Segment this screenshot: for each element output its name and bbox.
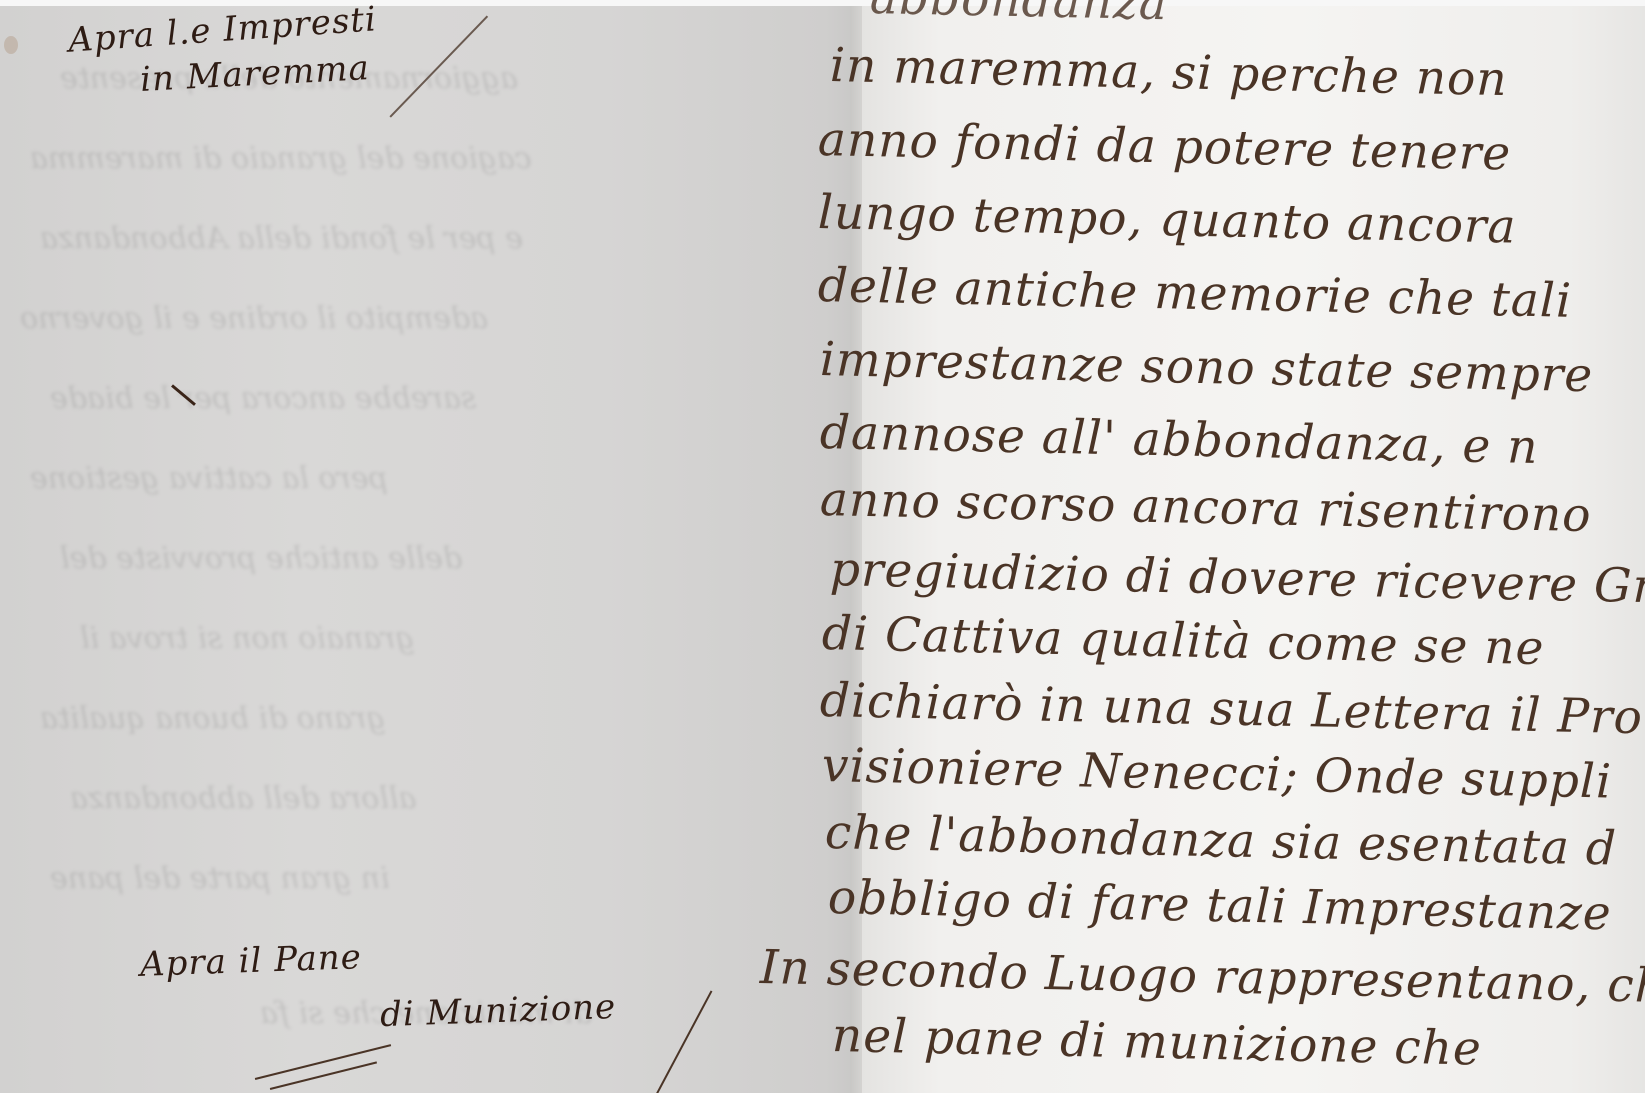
margin-note-bottom-line2: di Munizione	[379, 987, 616, 1035]
bleed-through-line: in gran parte del pane	[50, 861, 390, 896]
bleed-through-line: e per le fondi della Abbondanza	[40, 221, 523, 256]
left-page: aggiornamento della presente cagione del…	[0, 6, 860, 1093]
margin-bracket-stroke	[654, 990, 712, 1093]
margin-note-bottom-line1: Apra il Pane	[139, 937, 362, 985]
bleed-through-line: sarebbe ancora per le biade	[50, 381, 476, 416]
bleed-through-line: grano di buona qualita	[40, 701, 386, 736]
bleed-through-line: adempito il ordine e il governo	[20, 301, 488, 336]
bleed-through-line: allora dell abbondanza	[70, 781, 416, 816]
paper-stain	[4, 36, 18, 54]
bleed-through-line: delle antiche provviste del	[60, 541, 462, 576]
bleed-through-line: cagione del granaio di maremma	[30, 141, 532, 176]
bleed-through-line: granaio non si trova il	[80, 621, 415, 656]
bleed-through-line: pero la cattiva gestione	[30, 461, 388, 496]
underline-stroke	[270, 1061, 377, 1089]
